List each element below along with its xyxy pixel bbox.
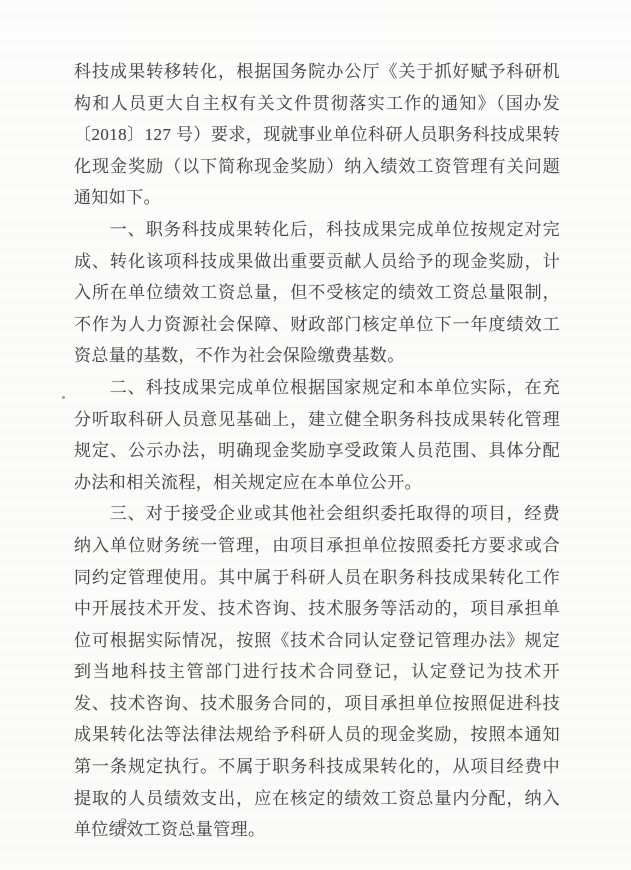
- body-paragraph-intro: 科技成果转移转化，根据国务院办公厅《关于抓好赋予科研机构和人员更大自主权有关文件…: [74, 56, 560, 214]
- body-paragraph-item-3: 三、对于接受企业或其他社会组织委托取得的项目，经费纳入单位财务统一管理，由项目承…: [74, 498, 560, 846]
- scanned-document-page: 科技成果转移转化，根据国务院办公厅《关于抓好赋予科研机构和人员更大自主权有关文件…: [0, 0, 631, 870]
- body-paragraph-item-1: 一、职务科技成果转化后，科技成果完成单位按规定对完成、转化该项科技成果做出重要贡…: [74, 214, 560, 372]
- body-paragraph-item-2: 二、科技成果完成单位根据国家规定和本单位实际，在充分听取科研人员意见基础上，建立…: [74, 372, 560, 498]
- page-number: — 2 —: [92, 816, 159, 833]
- document-body-text: 科技成果转移转化，根据国务院办公厅《关于抓好赋予科研机构和人员更大自主权有关文件…: [74, 56, 560, 846]
- scan-artifact-dot: [62, 396, 65, 399]
